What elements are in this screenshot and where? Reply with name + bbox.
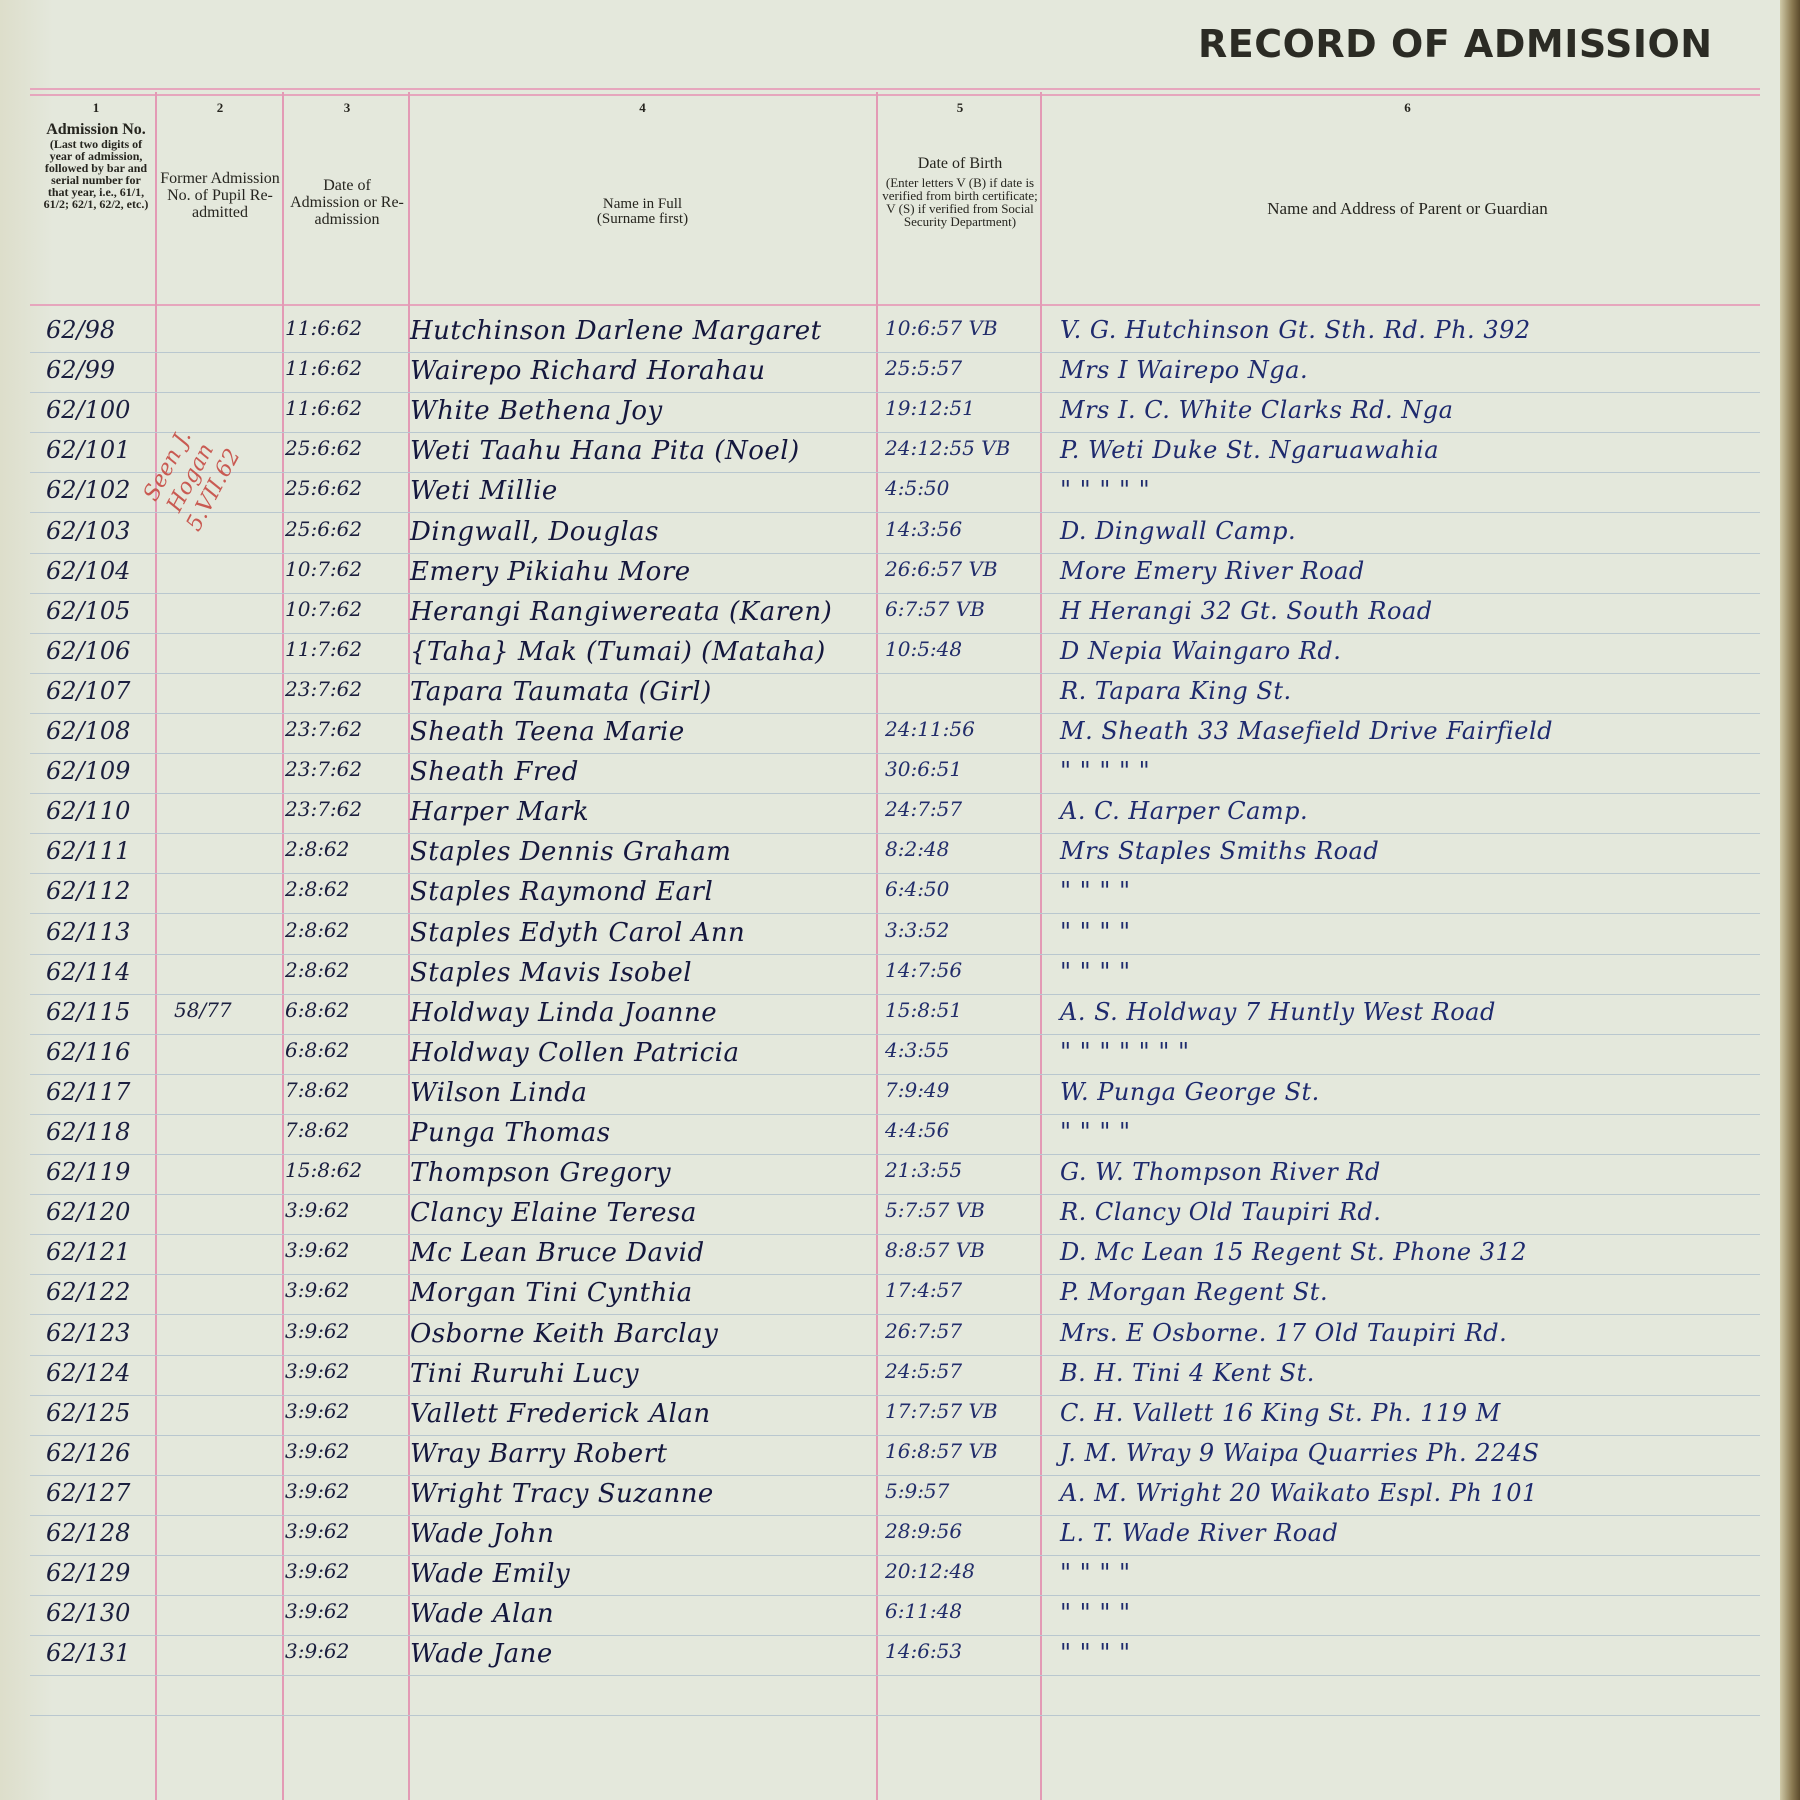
admission-date: 3:9:62 — [285, 1359, 349, 1383]
date-of-birth: 17:4:57 — [885, 1278, 962, 1302]
date-of-birth: 10:5:48 — [885, 637, 962, 661]
admission-number: 62/115 — [46, 998, 146, 1026]
table-row: 62/1283:9:62Wade John28:9:56L. T. Wade R… — [0, 1515, 1780, 1555]
date-of-birth: 4:4:56 — [885, 1118, 949, 1142]
table-row: 62/11023:7:62Harper Mark24:7:57A. C. Har… — [0, 793, 1780, 833]
pupil-name: Staples Dennis Graham — [410, 837, 731, 867]
admission-number: 62/121 — [46, 1238, 146, 1266]
admission-number: 62/126 — [46, 1439, 146, 1467]
admission-date: 11:6:62 — [285, 316, 362, 340]
admission-number: 62/103 — [46, 517, 146, 545]
pupil-name: Punga Thomas — [410, 1118, 611, 1148]
date-of-birth: 8:2:48 — [885, 837, 949, 861]
table-row: 62/1177:8:62Wilson Linda7:9:49W. Punga G… — [0, 1074, 1780, 1114]
column-header-parent-guardian: 6 Name and Address of Parent or Guardian — [1045, 100, 1770, 216]
admission-date: 10:7:62 — [285, 597, 362, 621]
parent-guardian: H Herangi 32 Gt. South Road — [1060, 597, 1433, 625]
admission-date: 23:7:62 — [285, 717, 362, 741]
admission-number: 62/131 — [46, 1639, 146, 1667]
pupil-name: Harper Mark — [410, 797, 589, 827]
date-of-birth: 8:8:57 VB — [885, 1238, 985, 1262]
admission-number: 62/109 — [46, 757, 146, 785]
column-header-date-of-birth: 5 Date of Birth (Enter letters V (B) if … — [882, 100, 1038, 228]
table-row: 62/1203:9:62Clancy Elaine Teresa5:7:57 V… — [0, 1194, 1780, 1234]
pupil-name: Wray Barry Robert — [410, 1439, 668, 1469]
table-row: 62/1122:8:62Staples Raymond Earl6:4:50" … — [0, 873, 1780, 913]
parent-guardian: Mrs I. C. White Clarks Rd. Nga — [1060, 396, 1453, 424]
admission-number: 62/100 — [46, 396, 146, 424]
parent-guardian: C. H. Vallett 16 King St. Ph. 119 M — [1060, 1399, 1501, 1427]
admission-number: 62/117 — [46, 1078, 146, 1106]
admission-number: 62/118 — [46, 1118, 146, 1146]
table-row: 62/1142:8:62Staples Mavis Isobel14:7:56"… — [0, 954, 1780, 994]
parent-guardian: " " " " " — [1060, 476, 1150, 504]
parent-guardian: " " " " — [1060, 1559, 1131, 1587]
header-top-rule — [30, 88, 1760, 96]
admission-date: 7:8:62 — [285, 1118, 349, 1142]
admission-date: 23:7:62 — [285, 797, 362, 821]
date-of-birth: 24:7:57 — [885, 797, 962, 821]
date-of-birth: 14:6:53 — [885, 1639, 962, 1663]
admission-date: 11:7:62 — [285, 637, 362, 661]
parent-guardian: V. G. Hutchinson Gt. Sth. Rd. Ph. 392 — [1060, 316, 1531, 344]
pupil-name: Sheath Teena Marie — [410, 717, 685, 747]
parent-guardian: " " " " — [1060, 1118, 1131, 1146]
admission-date: 3:9:62 — [285, 1639, 349, 1663]
admission-number: 62/129 — [46, 1559, 146, 1587]
pupil-name: Tini Ruruhi Lucy — [410, 1359, 639, 1389]
pupil-name: Tapara Taumata (Girl) — [410, 677, 712, 707]
admission-number: 62/124 — [46, 1359, 146, 1387]
table-row: 62/1112:8:62Staples Dennis Graham8:2:48M… — [0, 833, 1780, 873]
admission-date: 3:9:62 — [285, 1599, 349, 1623]
table-row: 62/1243:9:62Tini Ruruhi Lucy24:5:57B. H.… — [0, 1355, 1780, 1395]
table-row: 62/10611:7:62{Taha} Mak (Tumai) (Mataha)… — [0, 633, 1780, 673]
parent-guardian: " " " " — [1060, 1599, 1131, 1627]
ruled-line — [30, 1675, 1760, 1676]
admission-date: 10:7:62 — [285, 557, 362, 581]
admission-number: 62/111 — [46, 837, 146, 865]
admission-date: 2:8:62 — [285, 918, 349, 942]
parent-guardian: A. M. Wright 20 Waikato Espl. Ph 101 — [1060, 1479, 1538, 1507]
table-row: 62/10723:7:62Tapara Taumata (Girl)R. Tap… — [0, 673, 1780, 713]
pupil-name: Hutchinson Darlene Margaret — [410, 316, 822, 346]
column-header-name-in-full: 4 Name in Full (Surname first) — [410, 100, 875, 227]
date-of-birth: 26:7:57 — [885, 1319, 962, 1343]
column-header-admission-no: 1 Admission No. (Last two digits of year… — [40, 100, 152, 210]
admission-date: 3:9:62 — [285, 1319, 349, 1343]
table-row: 62/1303:9:62Wade Alan6:11:48" " " " — [0, 1595, 1780, 1635]
admission-date: 3:9:62 — [285, 1198, 349, 1222]
table-row: 62/1223:9:62Morgan Tini Cynthia17:4:57P.… — [0, 1274, 1780, 1314]
pupil-name: Morgan Tini Cynthia — [410, 1278, 693, 1308]
pupil-name: Sheath Fred — [410, 757, 579, 787]
date-of-birth: 25:5:57 — [885, 356, 962, 380]
admission-date: 3:9:62 — [285, 1278, 349, 1302]
table-row: 62/11915:8:62Thompson Gregory21:3:55G. W… — [0, 1154, 1780, 1194]
pupil-name: Staples Raymond Earl — [410, 877, 713, 907]
admission-number: 62/112 — [46, 877, 146, 905]
pupil-name: Herangi Rangiwereata (Karen) — [410, 597, 832, 627]
parent-guardian: " " " " — [1060, 958, 1131, 986]
table-row: 62/1293:9:62Wade Emily20:12:48" " " " — [0, 1555, 1780, 1595]
pupil-name: Vallett Frederick Alan — [410, 1399, 711, 1429]
table-row: 62/10510:7:62Herangi Rangiwereata (Karen… — [0, 593, 1780, 633]
former-admission-number: 58/77 — [174, 998, 232, 1022]
table-row: 62/11558/776:8:62Holdway Linda Joanne15:… — [0, 994, 1780, 1034]
parent-guardian: " " " " — [1060, 877, 1131, 905]
parent-guardian: M. Sheath 33 Masefield Drive Fairfield — [1060, 717, 1553, 745]
date-of-birth: 14:3:56 — [885, 517, 962, 541]
pupil-name: Wade Jane — [410, 1639, 553, 1669]
admission-number: 62/98 — [46, 316, 146, 344]
admission-number: 62/99 — [46, 356, 146, 384]
date-of-birth: 20:12:48 — [885, 1559, 975, 1583]
date-of-birth: 28:9:56 — [885, 1519, 962, 1543]
table-row: 62/1166:8:62Holdway Collen Patricia4:3:5… — [0, 1034, 1780, 1074]
table-row: 62/1233:9:62Osborne Keith Barclay26:7:57… — [0, 1315, 1780, 1355]
admission-number: 62/102 — [46, 476, 146, 504]
book-spine — [1780, 0, 1800, 1800]
date-of-birth: 24:12:55 VB — [885, 436, 1010, 460]
date-of-birth: 16:8:57 VB — [885, 1439, 998, 1463]
header-bottom-rule — [30, 304, 1760, 306]
table-row: 62/9811:6:62Hutchinson Darlene Margaret1… — [0, 312, 1780, 352]
pupil-name: Weti Millie — [410, 476, 558, 506]
parent-guardian: G. W. Thompson River Rd — [1060, 1158, 1381, 1186]
pupil-name: Wilson Linda — [410, 1078, 587, 1108]
column-header-former-admission: 2 Former Admission No. of Pupil Re-admit… — [160, 100, 280, 221]
pupil-name: Holdway Collen Patricia — [410, 1038, 739, 1068]
pupil-name: Staples Mavis Isobel — [410, 958, 692, 988]
pupil-name: Wairepo Richard Horahau — [410, 356, 765, 386]
parent-guardian: P. Morgan Regent St. — [1060, 1278, 1328, 1306]
date-of-birth: 6:11:48 — [885, 1599, 962, 1623]
pupil-name: Wright Tracy Suzanne — [410, 1479, 714, 1509]
pupil-name: Dingwall, Douglas — [410, 517, 659, 547]
table-row: 62/1273:9:62Wright Tracy Suzanne5:9:57A.… — [0, 1475, 1780, 1515]
admission-date: 2:8:62 — [285, 877, 349, 901]
admission-date: 2:8:62 — [285, 837, 349, 861]
date-of-birth: 19:12:51 — [885, 396, 975, 420]
register-page: RECORD OF ADMISSION 1 Admission No. (Las… — [0, 0, 1780, 1800]
parent-guardian: J. M. Wray 9 Waipa Quarries Ph. 224S — [1060, 1439, 1540, 1467]
parent-guardian: Mrs Staples Smiths Road — [1060, 837, 1379, 865]
date-of-birth: 17:7:57 VB — [885, 1399, 998, 1423]
admission-date: 6:8:62 — [285, 998, 349, 1022]
date-of-birth: 14:7:56 — [885, 958, 962, 982]
parent-guardian: " " " " — [1060, 918, 1131, 946]
admission-number: 62/104 — [46, 557, 146, 585]
date-of-birth: 24:5:57 — [885, 1359, 962, 1383]
parent-guardian: A. C. Harper Camp. — [1060, 797, 1308, 825]
parent-guardian: D. Mc Lean 15 Regent St. Phone 312 — [1060, 1238, 1527, 1266]
admission-date: 23:7:62 — [285, 677, 362, 701]
parent-guardian: Mrs I Wairepo Nga. — [1060, 356, 1308, 384]
admission-number: 62/105 — [46, 597, 146, 625]
admission-date: 15:8:62 — [285, 1158, 362, 1182]
admission-number: 62/120 — [46, 1198, 146, 1226]
date-of-birth: 5:7:57 VB — [885, 1198, 985, 1222]
parent-guardian: P. Weti Duke St. Ngaruawahia — [1060, 436, 1439, 464]
admission-number: 62/125 — [46, 1399, 146, 1427]
admission-number: 62/130 — [46, 1599, 146, 1627]
table-row: 62/1253:9:62Vallett Frederick Alan17:7:5… — [0, 1395, 1780, 1435]
parent-guardian: R. Tapara King St. — [1060, 677, 1292, 705]
parent-guardian: L. T. Wade River Road — [1060, 1519, 1338, 1547]
admission-date: 3:9:62 — [285, 1519, 349, 1543]
parent-guardian: D. Dingwall Camp. — [1060, 517, 1296, 545]
pupil-name: White Bethena Joy — [410, 396, 663, 426]
parent-guardian: " " " " " " " — [1060, 1038, 1190, 1066]
pupil-name: Mc Lean Bruce David — [410, 1238, 705, 1268]
admission-date: 11:6:62 — [285, 356, 362, 380]
parent-guardian: A. S. Holdway 7 Huntly West Road — [1060, 998, 1496, 1026]
table-row: 62/10011:6:62White Bethena Joy19:12:51Mr… — [0, 392, 1780, 432]
admission-number: 62/110 — [46, 797, 146, 825]
admission-number: 62/122 — [46, 1278, 146, 1306]
pupil-name: Thompson Gregory — [410, 1158, 671, 1188]
admission-number: 62/106 — [46, 637, 146, 665]
date-of-birth: 3:3:52 — [885, 918, 949, 942]
pupil-name: Staples Edyth Carol Ann — [410, 918, 745, 948]
admission-number: 62/116 — [46, 1038, 146, 1066]
pupil-name: Holdway Linda Joanne — [410, 998, 717, 1028]
pupil-name: Wade John — [410, 1519, 554, 1549]
admission-date: 3:9:62 — [285, 1439, 349, 1463]
admission-date: 3:9:62 — [285, 1238, 349, 1262]
parent-guardian: Mrs. E Osborne. 17 Old Taupiri Rd. — [1060, 1319, 1507, 1347]
page-title: RECORD OF ADMISSION — [1198, 22, 1713, 66]
admission-number: 62/123 — [46, 1319, 146, 1347]
admission-number: 62/128 — [46, 1519, 146, 1547]
admission-number: 62/119 — [46, 1158, 146, 1186]
date-of-birth: 7:9:49 — [885, 1078, 949, 1102]
date-of-birth: 26:6:57 VB — [885, 557, 998, 581]
admission-date: 11:6:62 — [285, 396, 362, 420]
admission-number: 62/107 — [46, 677, 146, 705]
admission-number: 62/101 — [46, 436, 146, 464]
admission-number: 62/114 — [46, 958, 146, 986]
admission-date: 3:9:62 — [285, 1479, 349, 1503]
date-of-birth: 24:11:56 — [885, 717, 975, 741]
column-header-date-of-admission: 3 Date of Admission or Re-admission — [288, 100, 406, 228]
table-row: 62/1213:9:62Mc Lean Bruce David8:8:57 VB… — [0, 1234, 1780, 1274]
table-row: 62/1187:8:62Punga Thomas4:4:56" " " " — [0, 1114, 1780, 1154]
date-of-birth: 6:7:57 VB — [885, 597, 985, 621]
date-of-birth: 10:6:57 VB — [885, 316, 998, 340]
table-row: 62/9911:6:62Wairepo Richard Horahau25:5:… — [0, 352, 1780, 392]
admission-date: 3:9:62 — [285, 1559, 349, 1583]
date-of-birth: 15:8:51 — [885, 998, 962, 1022]
pupil-name: Emery Pikiahu More — [410, 557, 691, 587]
table-row: 62/10923:7:62Sheath Fred30:6:51" " " " " — [0, 753, 1780, 793]
admission-number: 62/113 — [46, 918, 146, 946]
admission-date: 6:8:62 — [285, 1038, 349, 1062]
pupil-name: Osborne Keith Barclay — [410, 1319, 718, 1349]
date-of-birth: 21:3:55 — [885, 1158, 962, 1182]
admission-date: 2:8:62 — [285, 958, 349, 982]
table-row: 62/1132:8:62Staples Edyth Carol Ann3:3:5… — [0, 914, 1780, 954]
date-of-birth: 4:5:50 — [885, 476, 949, 500]
date-of-birth: 6:4:50 — [885, 877, 949, 901]
admission-number: 62/127 — [46, 1479, 146, 1507]
parent-guardian: W. Punga George St. — [1060, 1078, 1320, 1106]
table-row: 62/1263:9:62Wray Barry Robert16:8:57 VBJ… — [0, 1435, 1780, 1475]
date-of-birth: 4:3:55 — [885, 1038, 949, 1062]
pupil-name: Wade Alan — [410, 1599, 554, 1629]
ruled-line — [30, 1715, 1760, 1716]
pupil-name: Clancy Elaine Teresa — [410, 1198, 697, 1228]
pupil-name: Weti Taahu Hana Pita (Noel) — [410, 436, 800, 466]
admission-date: 25:6:62 — [285, 436, 362, 460]
pupil-name: {Taha} Mak (Tumai) (Mataha) — [410, 637, 826, 667]
parent-guardian: D Nepia Waingaro Rd. — [1060, 637, 1341, 665]
parent-guardian: R. Clancy Old Taupiri Rd. — [1060, 1198, 1381, 1226]
parent-guardian: More Emery River Road — [1060, 557, 1365, 585]
admission-number: 62/108 — [46, 717, 146, 745]
admission-date: 3:9:62 — [285, 1399, 349, 1423]
date-of-birth: 30:6:51 — [885, 757, 962, 781]
pupil-name: Wade Emily — [410, 1559, 570, 1589]
admission-date: 25:6:62 — [285, 517, 362, 541]
admission-date: 23:7:62 — [285, 757, 362, 781]
parent-guardian: " " " " " — [1060, 757, 1150, 785]
parent-guardian: B. H. Tini 4 Kent St. — [1060, 1359, 1315, 1387]
date-of-birth: 5:9:57 — [885, 1479, 949, 1503]
table-row: 62/10823:7:62Sheath Teena Marie24:11:56M… — [0, 713, 1780, 753]
parent-guardian: " " " " — [1060, 1639, 1131, 1667]
table-row: 62/1313:9:62Wade Jane14:6:53" " " " — [0, 1635, 1780, 1675]
admission-date: 7:8:62 — [285, 1078, 349, 1102]
